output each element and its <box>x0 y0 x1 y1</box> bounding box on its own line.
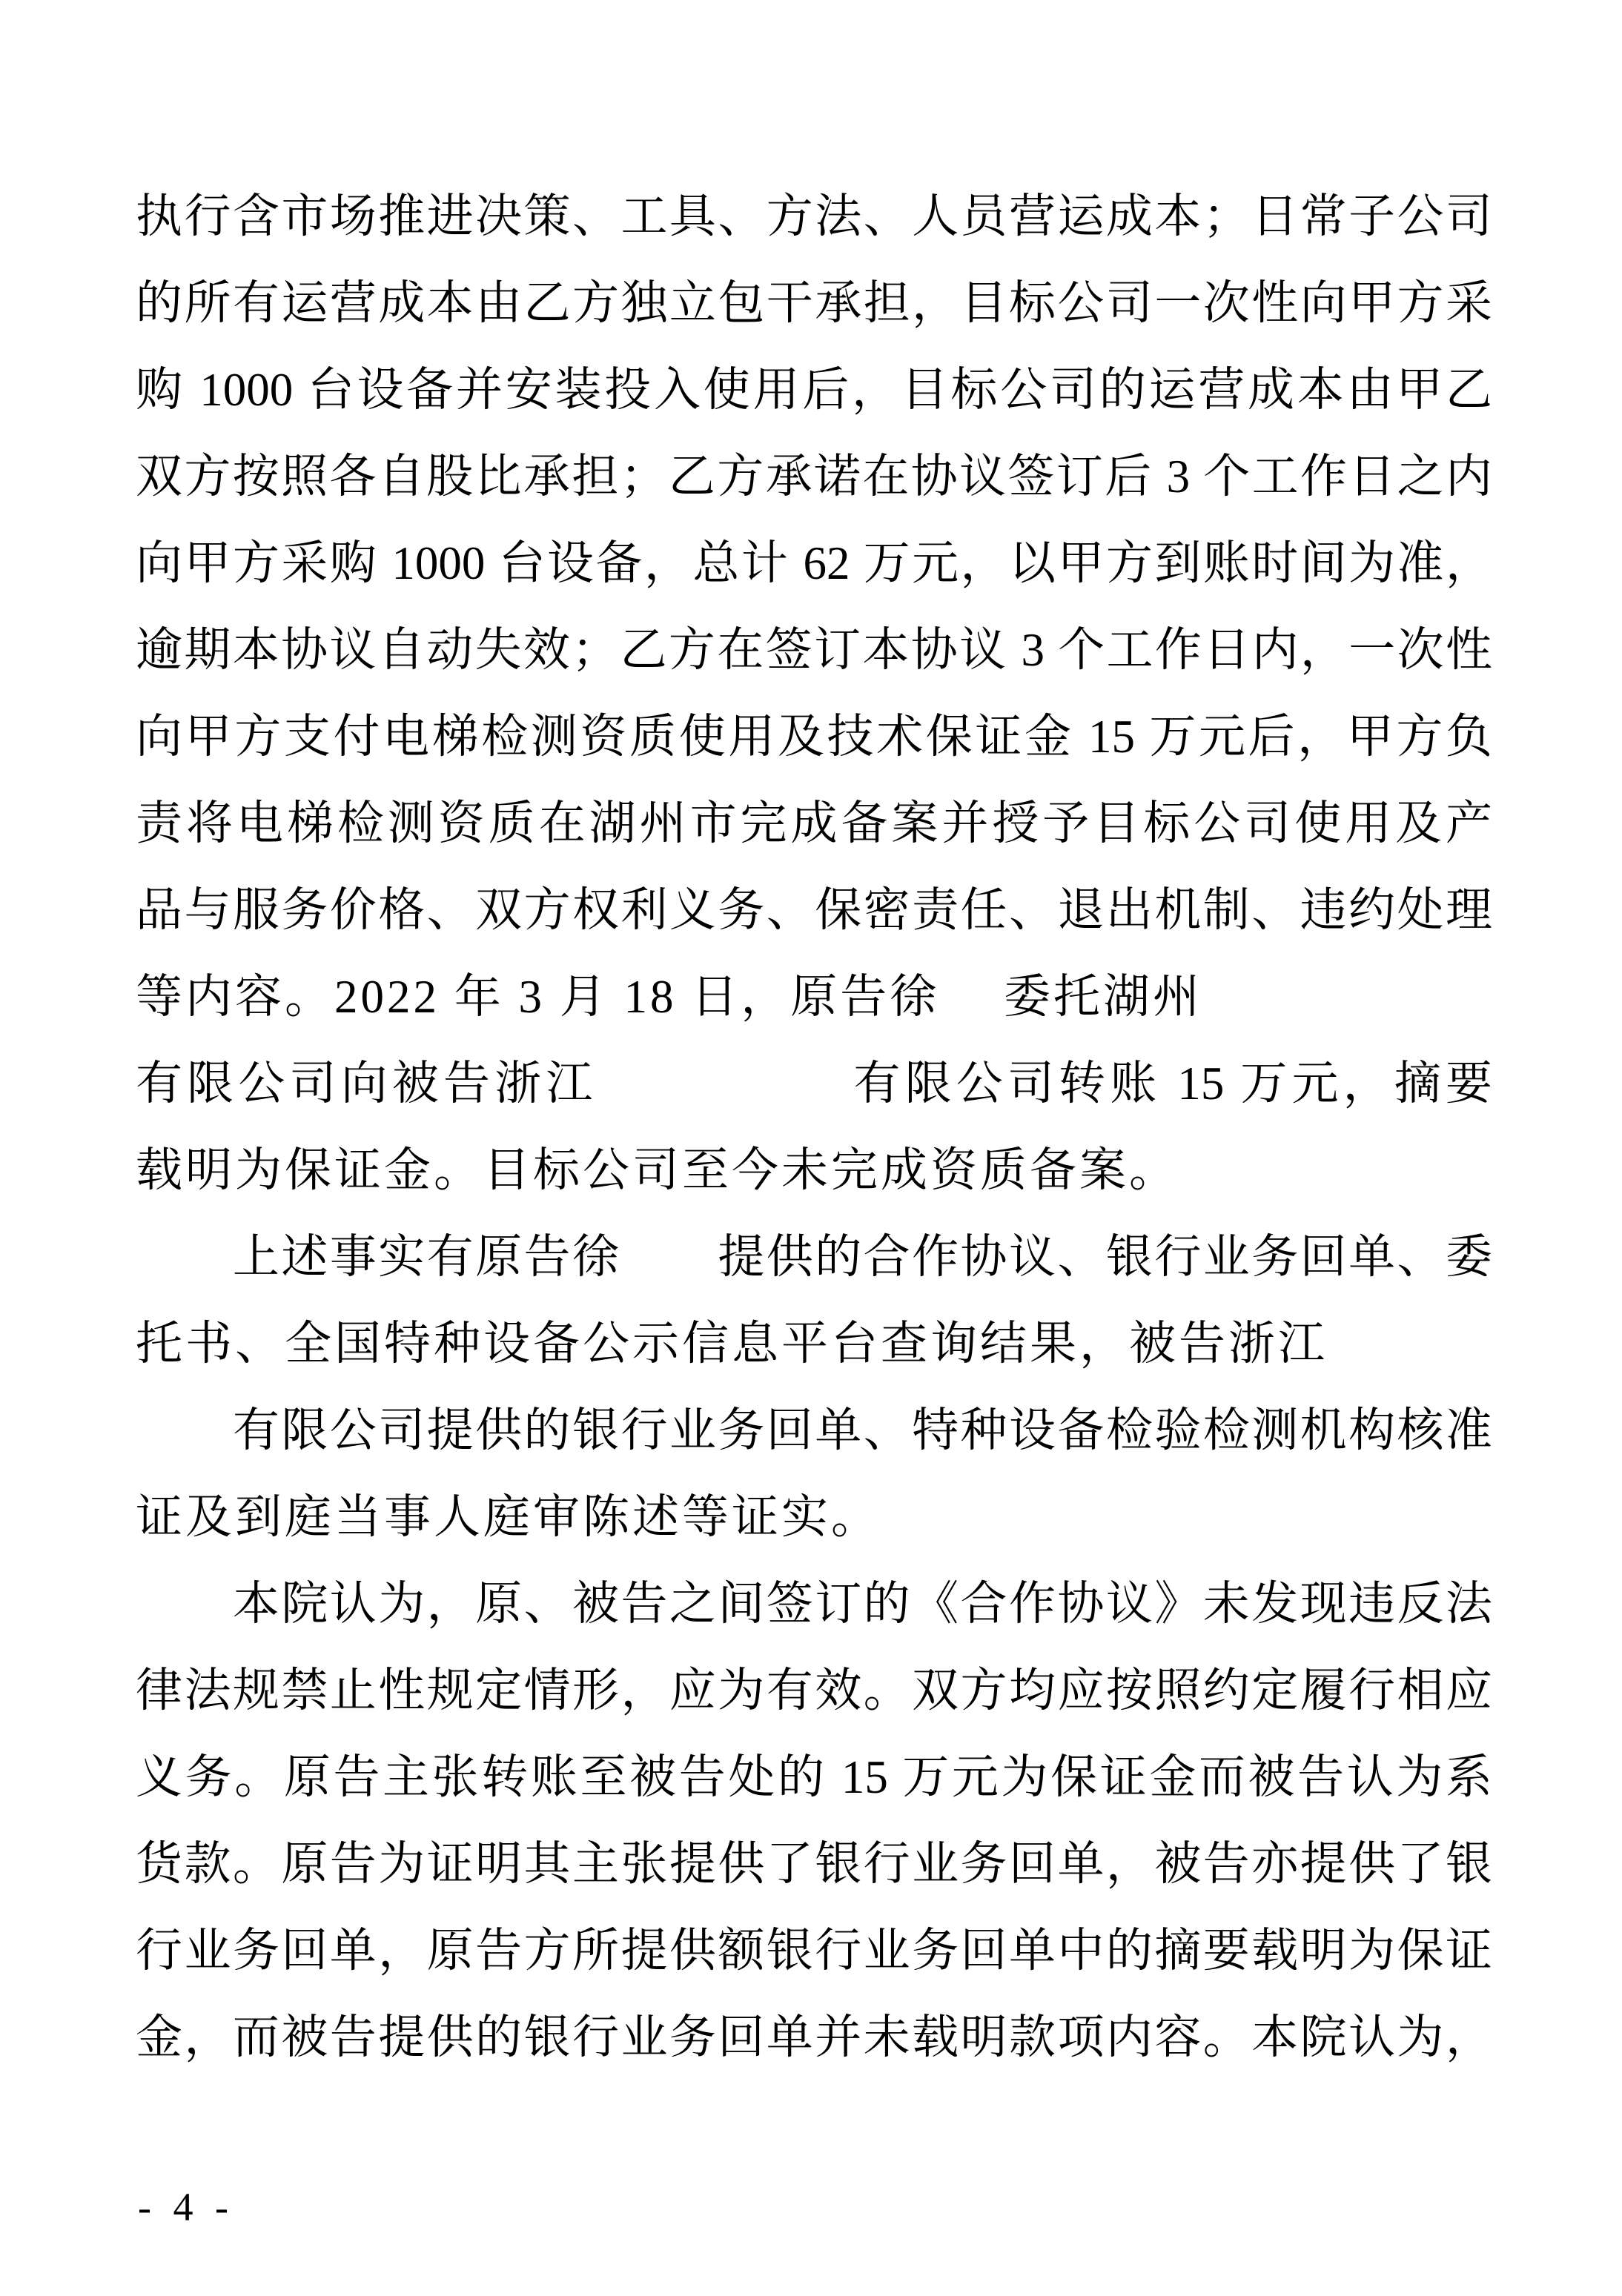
body-text-line: 有限公司提供的银行业务回单、特种设备检验检测机构核准 <box>136 1387 1492 1474</box>
body-text-line: 义务。原告主张转账至被告处的 15 万元为保证金而被告认为系 <box>136 1734 1492 1821</box>
body-text-line: 律法规禁止性规定情形，应为有效。双方均应按照约定履行相应 <box>136 1648 1492 1734</box>
body-text-line: 行业务回单，原告方所提供额银行业务回单中的摘要载明为保证 <box>136 1908 1492 1994</box>
body-text-line: 执行含市场推进决策、工具、方法、人员营运成本；日常子公司 <box>136 173 1492 260</box>
page-number: - 4 - <box>138 2185 234 2229</box>
body-text-line: 向甲方支付电梯检测资质使用及技术保证金 15 万元后，甲方负 <box>136 694 1492 780</box>
body-text-line: 上述事实有原告徐 提供的合作协议、银行业务回单、委 <box>136 1214 1492 1301</box>
body-text-line: 责将电梯检测资质在湖州市完成备案并授予目标公司使用及产 <box>136 780 1492 867</box>
document-page: 执行含市场推进决策、工具、方法、人员营运成本；日常子公司的所有运营成本由乙方独立… <box>0 0 1622 2296</box>
body-text-line: 逾期本协议自动失效；乙方在签订本协议 3 个工作日内，一次性 <box>136 607 1492 694</box>
body-text-line: 购 1000 台设备并安装投入使用后，目标公司的运营成本由甲乙 <box>136 347 1492 434</box>
body-text-line: 有限公司向被告浙江 有限公司转账 15 万元，摘要 <box>136 1041 1492 1127</box>
body-text-line: 等内容。2022 年 3 月 18 日，原告徐 委托湖州 <box>136 954 1492 1041</box>
body-text-line: 向甲方采购 1000 台设备，总计 62 万元，以甲方到账时间为准， <box>136 520 1492 607</box>
body-text-line: 的所有运营成本由乙方独立包干承担，目标公司一次性向甲方采 <box>136 260 1492 347</box>
body-text-line: 载明为保证金。目标公司至今未完成资质备案。 <box>136 1127 1492 1214</box>
body-text-line: 金，而被告提供的银行业务回单并未载明款项内容。本院认为， <box>136 1994 1492 2081</box>
body-text-line: 证及到庭当事人庭审陈述等证实。 <box>136 1474 1492 1561</box>
body-text-line: 品与服务价格、双方权利义务、保密责任、退出机制、违约处理 <box>136 867 1492 954</box>
body-text-line: 托书、全国特种设备公示信息平台查询结果，被告浙江 <box>136 1301 1492 1387</box>
body-text-line: 双方按照各自股比承担；乙方承诺在协议签订后 3 个工作日之内 <box>136 434 1492 520</box>
judgment-text-block: 执行含市场推进决策、工具、方法、人员营运成本；日常子公司的所有运营成本由乙方独立… <box>136 173 1492 2081</box>
body-text-line: 本院认为，原、被告之间签订的《合作协议》未发现违反法 <box>136 1561 1492 1648</box>
body-text-line: 货款。原告为证明其主张提供了银行业务回单，被告亦提供了银 <box>136 1821 1492 1908</box>
